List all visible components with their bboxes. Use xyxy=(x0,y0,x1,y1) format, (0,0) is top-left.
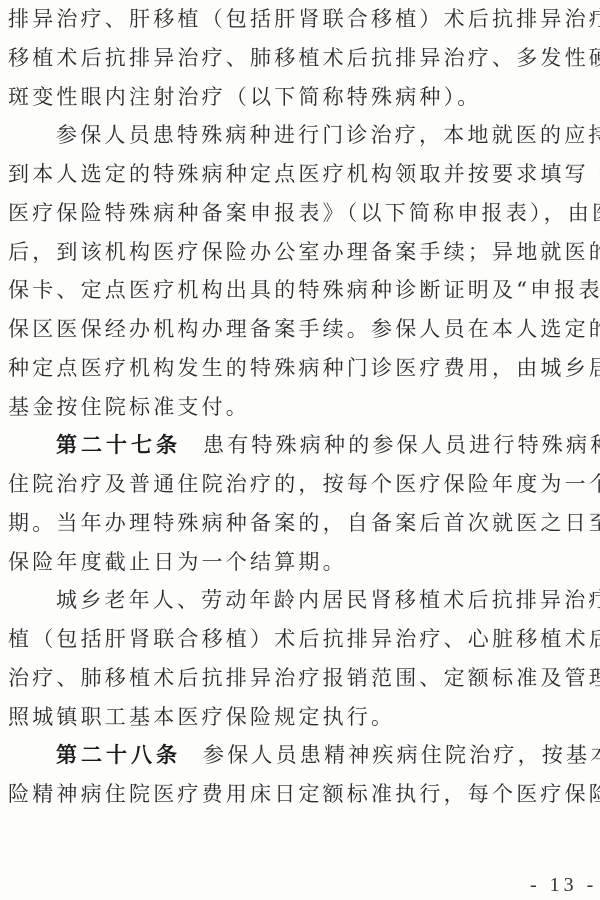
text-line: 排异治疗、肝移植（包括肝肾联合移植）术后抗排异治疗、心脏 xyxy=(8,0,594,39)
text-line: 城乡老年人、劳动年龄内居民肾移植术后抗排异治疗、肝移 xyxy=(8,581,594,620)
text-line: 保区医保经办机构办理备案手续。参保人员在本人选定的特殊病 xyxy=(8,310,594,349)
article-number: 第二十八条 xyxy=(56,742,181,767)
article-28-line: 第二十八条参保人员患精神疾病住院治疗，按基本医疗保 xyxy=(8,736,594,775)
text-line: 参保人员患特殊病种进行门诊治疗，本地就医的应持社保卡 xyxy=(8,116,594,155)
text-line: 治疗、肺移植术后抗排异治疗报销范围、定额标准及管理办法参 xyxy=(8,659,594,698)
text-line: 险精神病住院医疗费用床日定额标准执行，每个医疗保险年度为 xyxy=(8,775,594,814)
article-number: 第二十七条 xyxy=(56,432,181,457)
text-line: 后，到该机构医疗保险办公室办理备案手续；异地就医的应持社 xyxy=(8,233,594,272)
article-text: 参保人员患精神疾病住院治疗，按基本医疗保 xyxy=(203,743,600,767)
text-line: 期。当年办理特殊病种备案的，自备案后首次就医之日至本医疗 xyxy=(8,504,594,543)
text-line: 照城镇职工基本医疗保险规定执行。 xyxy=(8,698,594,737)
text-line: 植（包括肝肾联合移植）术后抗排异治疗、心脏移植术后抗排异 xyxy=(8,620,594,659)
text-line: 斑变性眼内注射治疗（以下简称特殊病种）。 xyxy=(8,78,594,117)
text-line: 种定点医疗机构发生的特殊病种门诊医疗费用，由城乡居民医保 xyxy=(8,349,594,388)
document-page: 排异治疗、肝移植（包括肝肾联合移植）术后抗排异治疗、心脏 移植术后抗排异治疗、肺… xyxy=(0,0,600,900)
text-line: 移植术后抗排异治疗、肺移植术后抗排异治疗、多发性硬化、黄 xyxy=(8,39,594,78)
text-line: 医疗保险特殊病种备案申报表》（以下简称申报表），由医师签字 xyxy=(8,194,594,233)
document-body: 排异治疗、肝移植（包括肝肾联合移植）术后抗排异治疗、心脏 移植术后抗排异治疗、肺… xyxy=(8,0,594,814)
article-27-line: 第二十七条患有特殊病种的参保人员进行特殊病种门诊、 xyxy=(8,426,594,465)
text-line: 到本人选定的特殊病种定点医疗机构领取并按要求填写《北京市 xyxy=(8,155,594,194)
page-number: - 13 - xyxy=(530,874,597,897)
article-text: 患有特殊病种的参保人员进行特殊病种门诊、 xyxy=(203,433,600,457)
text-line: 保卡、定点医疗机构出具的特殊病种诊断证明及“申报表”到参 xyxy=(8,271,594,310)
text-line: 保险年度截止日为一个结算期。 xyxy=(8,543,594,582)
text-line: 住院治疗及普通住院治疗的，按每个医疗保险年度为一个结算 xyxy=(8,465,594,504)
text-line: 基金按住院标准支付。 xyxy=(8,388,594,427)
